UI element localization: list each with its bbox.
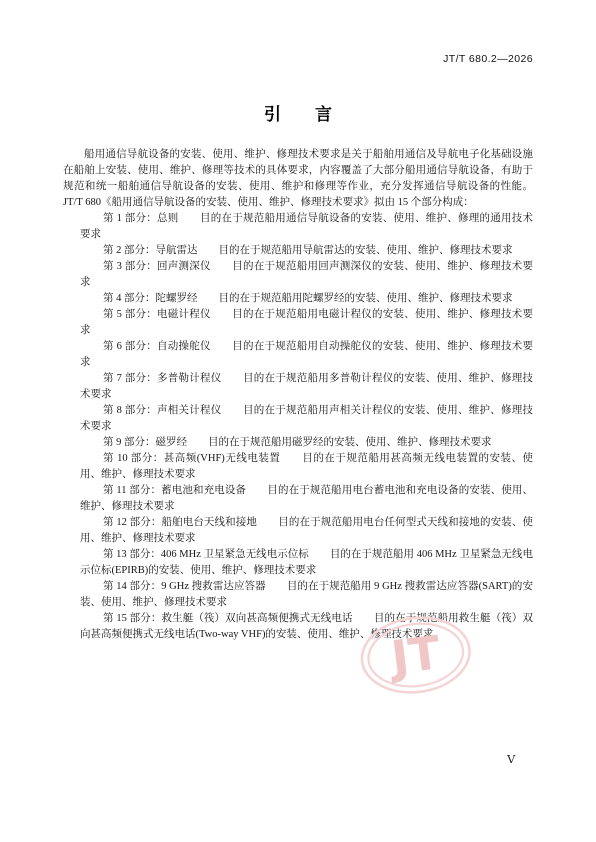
part-item-15: 第 15 部分：救生艇（筏）双向甚高频便携式无线电话 目的在于规范船用救生艇（筏… xyxy=(80,611,533,643)
part-item-2: 第 2 部分：导航雷达 目的在于规范船用导航雷达的安装、使用、维护、修理技术要求 xyxy=(80,243,533,259)
part-item-11: 第 11 部分：蓄电池和充电设备 目的在于规范船用电台蓄电池和充电设备的安装、使… xyxy=(80,483,533,515)
page-number: V xyxy=(507,752,515,766)
part-item-7: 第 7 部分：多普勒计程仪 目的在于规范船用多普勒计程仪的安装、使用、维护、修理… xyxy=(80,371,533,403)
part-item-1: 第 1 部分：总则 目的在于规范船用通信导航设备的安装、使用、维护、修理的通用技… xyxy=(80,211,533,243)
doc-number: JT/T 680.2—2026 xyxy=(443,53,533,65)
part-item-14: 第 14 部分：9 GHz 搜救雷达应答器 目的在于规范船用 9 GHz 搜救雷… xyxy=(80,579,533,611)
part-item-9: 第 9 部分：磁罗经 目的在于规范船用磁罗经的安装、使用、维护、修理技术要求 xyxy=(80,435,533,451)
part-item-10: 第 10 部分：甚高频(VHF)无线电装置 目的在于规范船用甚高频无线电装置的安… xyxy=(80,451,533,483)
part-item-6: 第 6 部分：自动操舵仪 目的在于规范船用自动操舵仪的安装、使用、维护、修理技术… xyxy=(80,339,533,371)
part-item-13: 第 13 部分：406 MHz 卫星紧急无线电示位标 目的在于规范船用 406 … xyxy=(80,547,533,579)
part-item-5: 第 5 部分：电磁计程仪 目的在于规范船用电磁计程仪的安装、使用、维护、修理技术… xyxy=(80,307,533,339)
part-item-12: 第 12 部分：船舶电台天线和接地 目的在于规范船用电台任何型式天线和接地的安装… xyxy=(80,515,533,547)
part-item-4: 第 4 部分：陀螺罗经 目的在于规范船用陀螺罗经的安装、使用、维护、修理技术要求 xyxy=(80,291,533,307)
part-item-8: 第 8 部分：声相关计程仪 目的在于规范船用声相关计程仪的安装、使用、维护、修理… xyxy=(80,403,533,435)
foreword-body: 船用通信导航设备的安装、使用、维护、修理技术要求是关于船舶用通信及导航电子化基础… xyxy=(63,147,533,643)
part-item-3: 第 3 部分：回声测深仪 目的在于规范船用回声测深仪的安装、使用、维护、修理技术… xyxy=(80,259,533,291)
document-page: JT/T 680.2—2026 引 言 船用通信导航设备的安装、使用、维护、修理… xyxy=(0,0,596,842)
intro-paragraph: 船用通信导航设备的安装、使用、维护、修理技术要求是关于船舶用通信及导航电子化基础… xyxy=(63,147,533,211)
page-title: 引 言 xyxy=(0,100,596,125)
